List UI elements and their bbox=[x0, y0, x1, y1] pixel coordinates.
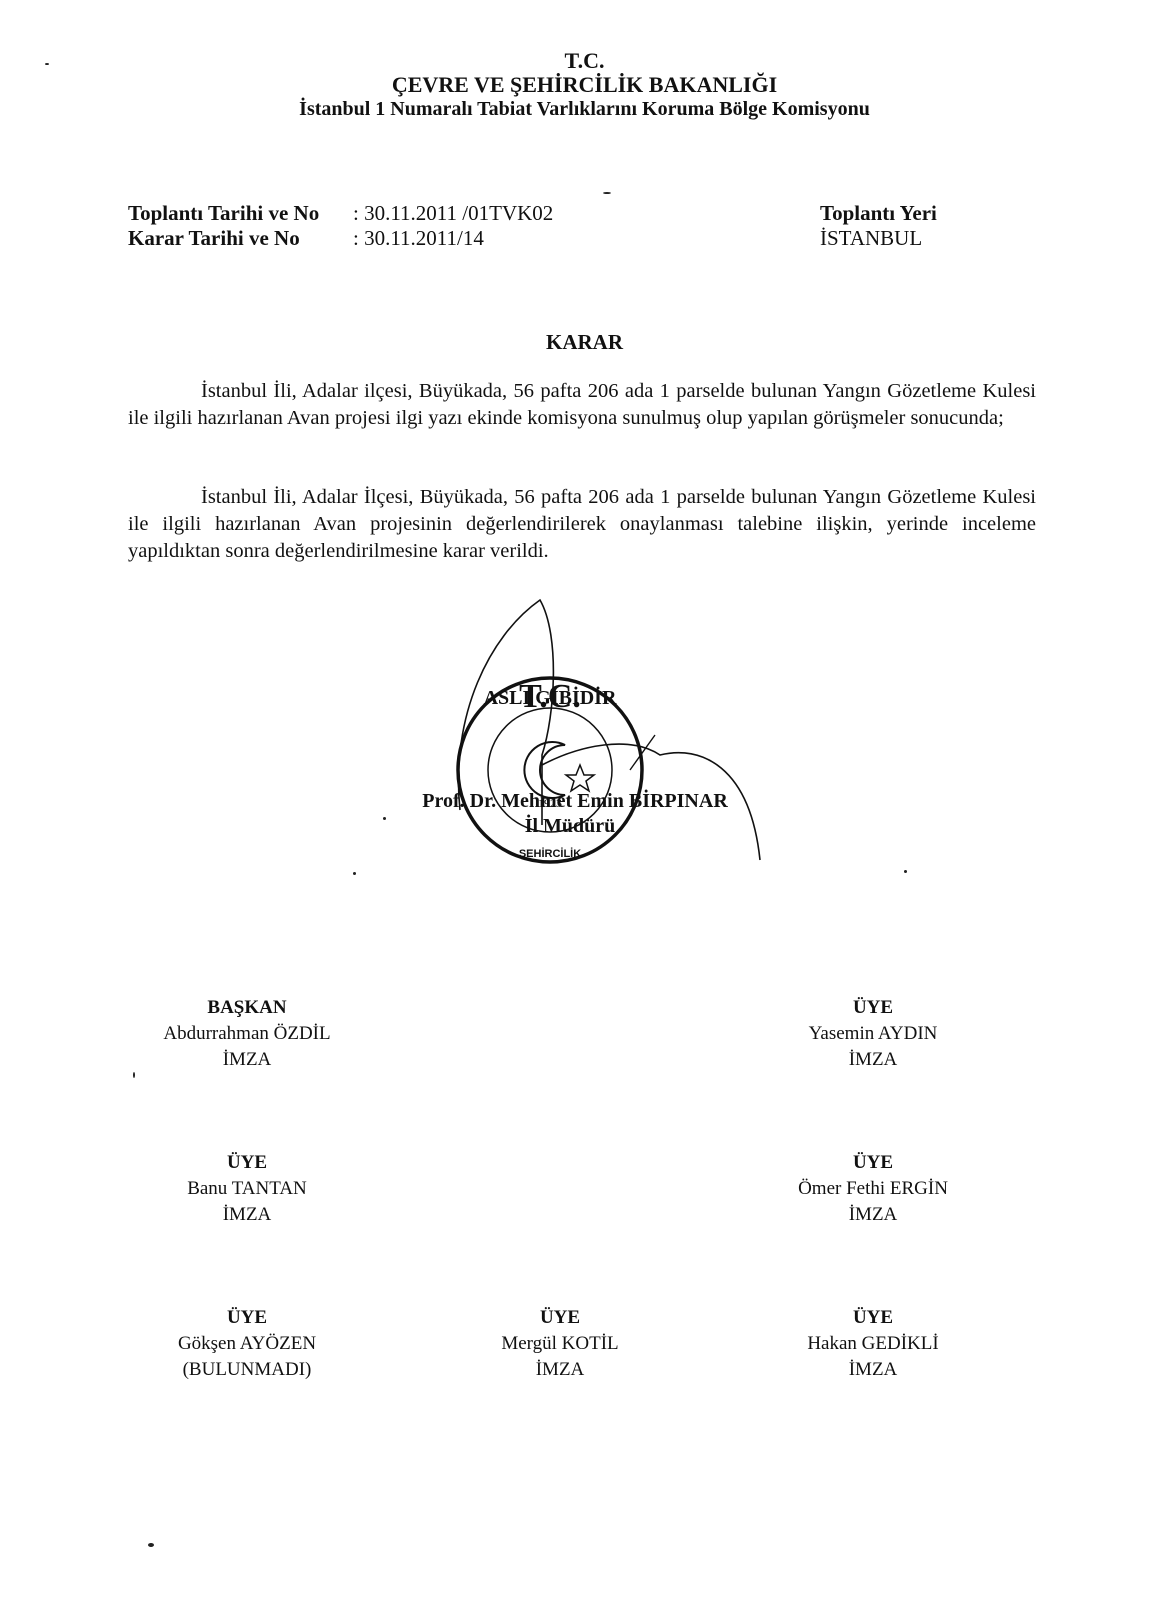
decision-title: KARAR bbox=[0, 330, 1169, 355]
meeting-value: : 30.11.2011 /01TVK02 bbox=[353, 200, 553, 227]
signature-role: ÜYE bbox=[733, 995, 1013, 1021]
signature-block: ÜYE Mergül KOTİL İMZA bbox=[420, 1305, 700, 1383]
scan-speck bbox=[45, 63, 49, 65]
svg-text:ŞEHİRCİLİK: ŞEHİRCİLİK bbox=[519, 847, 581, 860]
signature-status: İMZA bbox=[107, 1047, 387, 1073]
signature-status: İMZA bbox=[733, 1047, 1013, 1073]
scan-speck bbox=[383, 817, 386, 820]
certified-copy-stamp: ASLI GİBİDİR bbox=[430, 687, 670, 710]
decision-value: : 30.11.2011/14 bbox=[353, 225, 484, 252]
place-value: İSTANBUL bbox=[820, 225, 922, 252]
certifier-name: Prof. Dr. Mehmet Emin BİRPINAR bbox=[360, 790, 790, 813]
signature-name: Banu TANTAN bbox=[107, 1176, 387, 1202]
signature-status: (BULUNMADI) bbox=[107, 1357, 387, 1383]
signature-status: İMZA bbox=[420, 1357, 700, 1383]
signature-role: ÜYE bbox=[420, 1305, 700, 1331]
signature-role: ÜYE bbox=[733, 1305, 1013, 1331]
scan-speck bbox=[603, 192, 611, 194]
signature-name: Hakan GEDİKLİ bbox=[733, 1331, 1013, 1357]
meeting-label: Toplantı Tarihi ve No bbox=[128, 200, 319, 227]
signature-block: ÜYE Gökşen AYÖZEN (BULUNMADI) bbox=[107, 1305, 387, 1383]
scan-speck bbox=[904, 870, 907, 873]
signature-name: Ömer Fethi ERGİN bbox=[733, 1176, 1013, 1202]
signature-name: Abdurrahman ÖZDİL bbox=[107, 1021, 387, 1047]
scan-speck bbox=[133, 1072, 135, 1078]
header-commission: İstanbul 1 Numaralı Tabiat Varlıklarını … bbox=[0, 98, 1169, 121]
scan-speck bbox=[353, 872, 356, 875]
signature-name: Mergül KOTİL bbox=[420, 1331, 700, 1357]
header-tc: T.C. bbox=[0, 48, 1169, 74]
signature-block: ÜYE Ömer Fethi ERGİN İMZA bbox=[733, 1150, 1013, 1228]
signature-role: ÜYE bbox=[107, 1150, 387, 1176]
certifier-position: İl Müdürü bbox=[440, 815, 700, 838]
signature-role: BAŞKAN bbox=[107, 995, 387, 1021]
signature-block: ÜYE Hakan GEDİKLİ İMZA bbox=[733, 1305, 1013, 1383]
decision-label: Karar Tarihi ve No bbox=[128, 225, 300, 252]
signature-status: İMZA bbox=[733, 1202, 1013, 1228]
place-label: Toplantı Yeri bbox=[820, 200, 937, 227]
signature-block: BAŞKAN Abdurrahman ÖZDİL İMZA bbox=[107, 995, 387, 1073]
signature-block: ÜYE Yasemin AYDIN İMZA bbox=[733, 995, 1013, 1073]
signature-status: İMZA bbox=[107, 1202, 387, 1228]
signature-name: Gökşen AYÖZEN bbox=[107, 1331, 387, 1357]
scan-speck bbox=[148, 1543, 154, 1547]
signature-name: Yasemin AYDIN bbox=[733, 1021, 1013, 1047]
paragraph-1: İstanbul İli, Adalar ilçesi, Büyükada, 5… bbox=[128, 378, 1036, 432]
header-ministry: ÇEVRE VE ŞEHİRCİLİK BAKANLIĞI bbox=[0, 72, 1169, 98]
signature-role: ÜYE bbox=[733, 1150, 1013, 1176]
signature-block: ÜYE Banu TANTAN İMZA bbox=[107, 1150, 387, 1228]
signature-role: ÜYE bbox=[107, 1305, 387, 1331]
signature-status: İMZA bbox=[733, 1357, 1013, 1383]
paragraph-2: İstanbul İli, Adalar İlçesi, Büyükada, 5… bbox=[128, 484, 1036, 565]
